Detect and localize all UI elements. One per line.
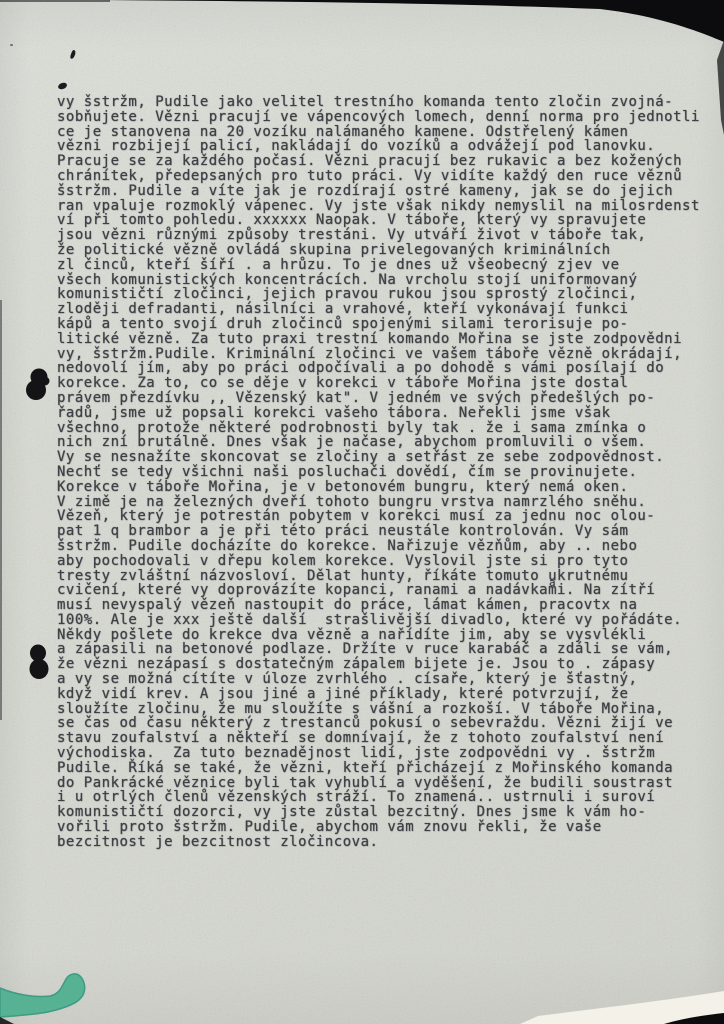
text-line: nich zní brutálně. Dnes však je načase, … [57, 435, 717, 450]
text-line: pat 1 q brambor a je při této práci neus… [57, 524, 717, 539]
text-line: šstržm. Pudile docházíte do korekce. Nař… [57, 539, 717, 554]
typed-correction: a [549, 576, 556, 589]
text-line: kápů a tento svojí druh zločinců spojený… [57, 317, 717, 332]
text-line: jsou vězni různými způsoby trestáni. Vy … [57, 228, 717, 243]
text-line: právem přezdívku ,, Vězenský kat". V jed… [57, 391, 717, 406]
text-line: musí nevyspalý vězeň nastoupit do práce,… [57, 598, 717, 613]
typewritten-text: vy šstržm, Pudile jako velitel trestního… [57, 95, 717, 850]
text-line: Pracuje se za každého počasí. Vězni prac… [57, 154, 717, 169]
text-line: stavu zoufalství a někteří se domnívají,… [57, 731, 717, 746]
ink-speck-3 [10, 44, 13, 46]
text-line: východiska. Za tuto beznadějnost lidí, j… [57, 746, 717, 761]
text-line: že vězni nezápasí s dostatečným zápalem … [57, 657, 717, 672]
text-line: když vidí krev. A jsou jiné a jiné příkl… [57, 687, 717, 702]
text-line: vořili proto šstržm. Pudile, abychom vám… [57, 820, 717, 835]
text-line: Vězeň, který je potrestán pobytem v kore… [57, 509, 717, 524]
text-line: korekce. Za to, co se děje v korekci v t… [57, 376, 717, 391]
text-line: 100%. Ale je xxx ještě další strašlivějš… [57, 613, 717, 628]
text-line: šstržm. Pudile a víte jak je rozdírají o… [57, 184, 717, 199]
text-line: zloději defradanti, násilníci a vrahové,… [57, 302, 717, 317]
scan-background: { "page": { "kind": "scanned typewritten… [0, 0, 724, 1024]
text-line: chránítek, předepsaných pro tuto práci. … [57, 169, 717, 184]
text-line: bezcitnost je bezcitnost zločincova. [57, 835, 717, 850]
text-line: zl činců, kteří šíří . a hrůzu. To je dn… [57, 258, 717, 273]
text-line: a vy se možná cítíte v úloze zvrhlého . … [57, 672, 717, 687]
text-line: vy šstržm, Pudile jako velitel trestního… [57, 95, 717, 110]
text-line: nedovolí jím, aby po práci odpočívali a … [57, 361, 717, 376]
text-line: komunističtí dozorci, vy jste zůstal bez… [57, 805, 717, 820]
text-line: Nechť se tedy všichni naši posluchači do… [57, 465, 717, 480]
text-line: že politické vězně ovládá skupina privel… [57, 243, 717, 258]
text-line: řadů, jsme už popsali korekci vašeho táb… [57, 406, 717, 421]
text-line: cvičení, které vy doprovázíte kopanci, r… [57, 583, 717, 598]
text-line: aby pochodovali v dřepu kolem korekce. V… [57, 554, 717, 569]
text-line: vězni rozbijejí palicí, nakládají do voz… [57, 139, 717, 154]
text-line: sobňujete. Vězni pracují ve vápencových … [57, 110, 717, 125]
text-line: Pudile. Říká se také, že vězni, kteří př… [57, 761, 717, 776]
text-line: Vy se nesnažíte skoncovat se zločiny a s… [57, 450, 717, 465]
text-line: litické vězně. Za tuto praxi trestní kom… [57, 332, 717, 347]
text-line: ví při tomto pohledu. xxxxxx Naopak. V t… [57, 213, 717, 228]
text-line: komunističtí zločinci, jejich pravou ruk… [57, 287, 717, 302]
text-line: Korekce v táboře Mořina, je v betonovém … [57, 480, 717, 495]
